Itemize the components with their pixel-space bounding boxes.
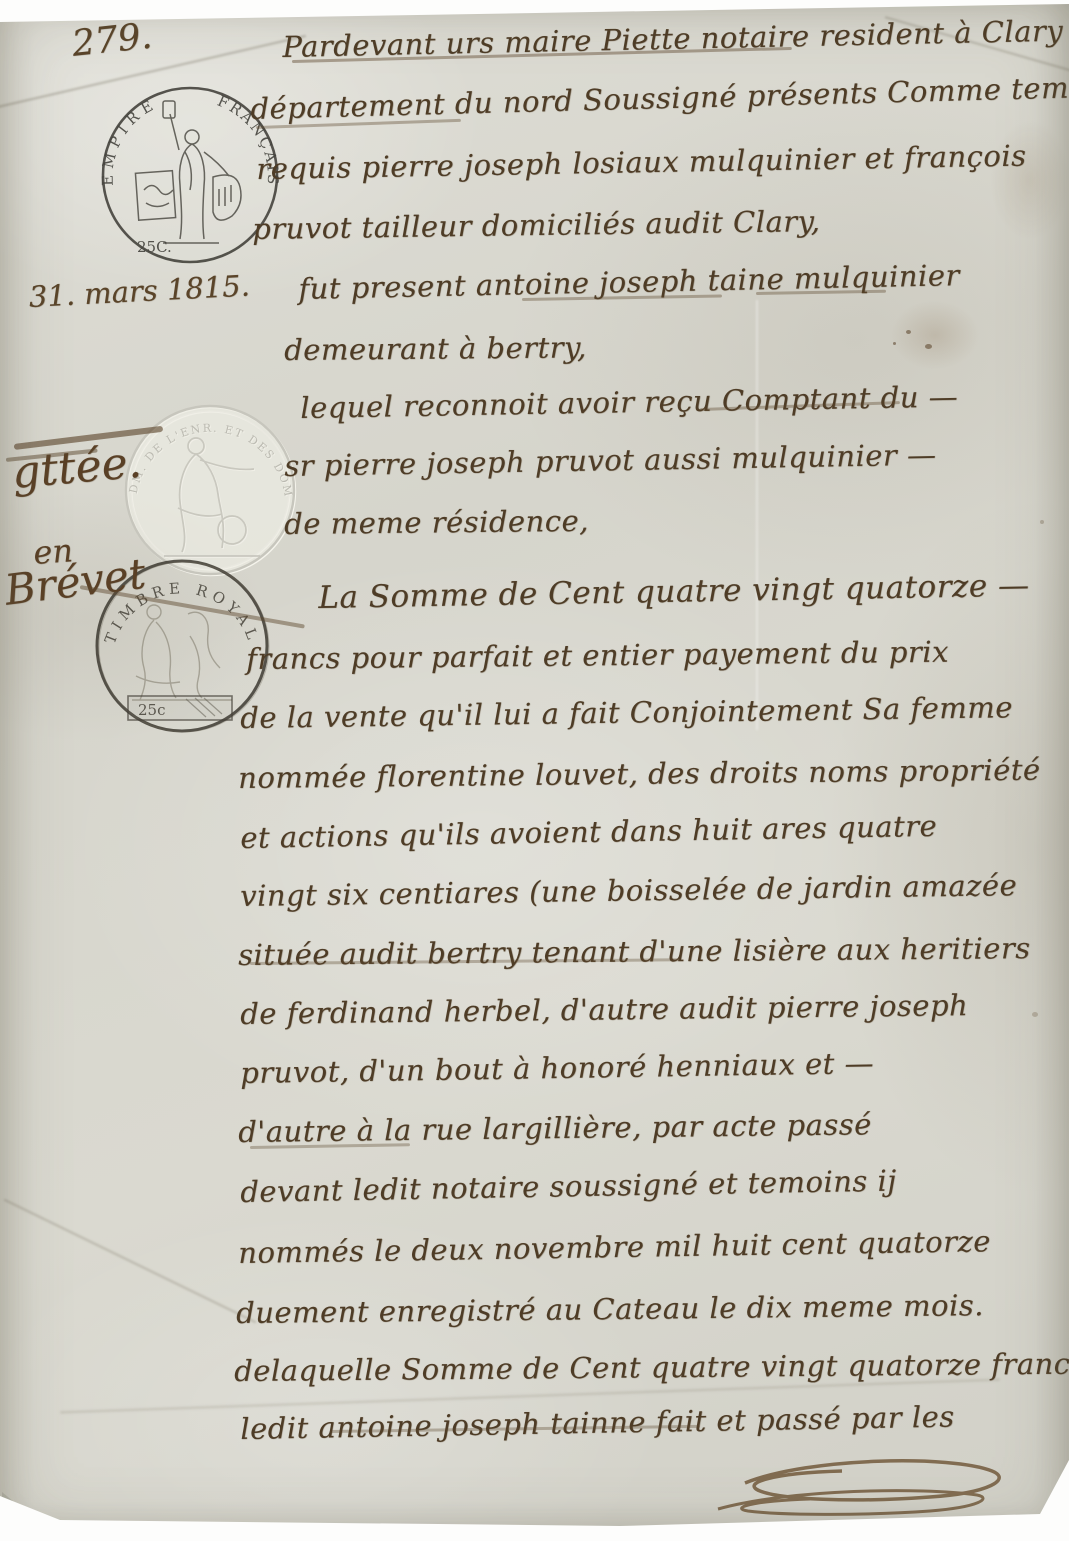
manuscript-line: demeurant à bertry, bbox=[284, 330, 587, 367]
manuscript-line: devant ledit notaire soussigné et temoin… bbox=[240, 1164, 897, 1209]
manuscript-line: de ferdinand herbel, d'autre audit pierr… bbox=[240, 988, 968, 1031]
royal-stamp-denomination: 25c bbox=[138, 701, 166, 719]
manuscript-line: département du nord Soussigné présents C… bbox=[250, 69, 1069, 126]
scanned-document: EMPIRE FRANÇAIS 25C. bbox=[0, 0, 1069, 1541]
paper-crease bbox=[4, 1199, 257, 1324]
royal-stamp-figure bbox=[132, 605, 232, 700]
ink-speck bbox=[906, 330, 911, 334]
manuscript-line: francs pour parfait et entier payement d… bbox=[246, 635, 949, 676]
manuscript-line: nommés le deux novembre mil huit cent qu… bbox=[238, 1224, 991, 1270]
manuscript-line: delaquelle Somme de Cent quatre vingt qu… bbox=[234, 1347, 1069, 1388]
manuscript-line: sr pierre joseph pruvot aussi mulquinier… bbox=[284, 438, 937, 483]
manuscript-line: requis pierre joseph losiaux mulquinier … bbox=[256, 139, 1027, 186]
ink-speck bbox=[1040, 520, 1044, 524]
ink-stain bbox=[890, 300, 980, 370]
manuscript-line: nommée florentine louvet, des droits nom… bbox=[238, 753, 1041, 795]
manuscript-line: duement enregistré au Cateau le dix meme… bbox=[236, 1288, 984, 1330]
manuscript-line: d'autre à la rue largillière, par acte p… bbox=[238, 1107, 872, 1149]
manuscript-line: pruvot tailleur domiciliés audit Clary, bbox=[252, 204, 821, 246]
ink-speck bbox=[893, 342, 896, 345]
manuscript-line: de la vente qu'il lui a fait Conjointeme… bbox=[240, 690, 1013, 735]
manuscript-line: de meme résidence, bbox=[284, 504, 589, 541]
stamp-denomination: 25C. bbox=[137, 238, 172, 256]
manuscript-line: La Somme de Cent quatre vingt quatorze — bbox=[318, 568, 1030, 616]
folio-number: 279. bbox=[70, 16, 154, 65]
ink-speck bbox=[1032, 1012, 1038, 1017]
manuscript-line: et actions qu'ils avoient dans huit ares… bbox=[240, 809, 937, 855]
manuscript-line: pruvot, d'un bout à honoré henniaux et — bbox=[240, 1046, 874, 1090]
paper-sheet: EMPIRE FRANÇAIS 25C. bbox=[0, 0, 1069, 1541]
manuscript-line: située audit bertry tenant d'une lisière… bbox=[238, 931, 1031, 972]
ink-speck bbox=[925, 344, 932, 349]
folded-corner bbox=[2, 1492, 38, 1522]
manuscript-line: ledit antoine joseph tainne fait et pass… bbox=[240, 1400, 955, 1446]
margin-date: 31. mars 1815. bbox=[28, 268, 251, 314]
paraph-flourish bbox=[690, 1445, 1040, 1530]
manuscript-line: vingt six centiares (une boisselée de ja… bbox=[240, 868, 1017, 913]
